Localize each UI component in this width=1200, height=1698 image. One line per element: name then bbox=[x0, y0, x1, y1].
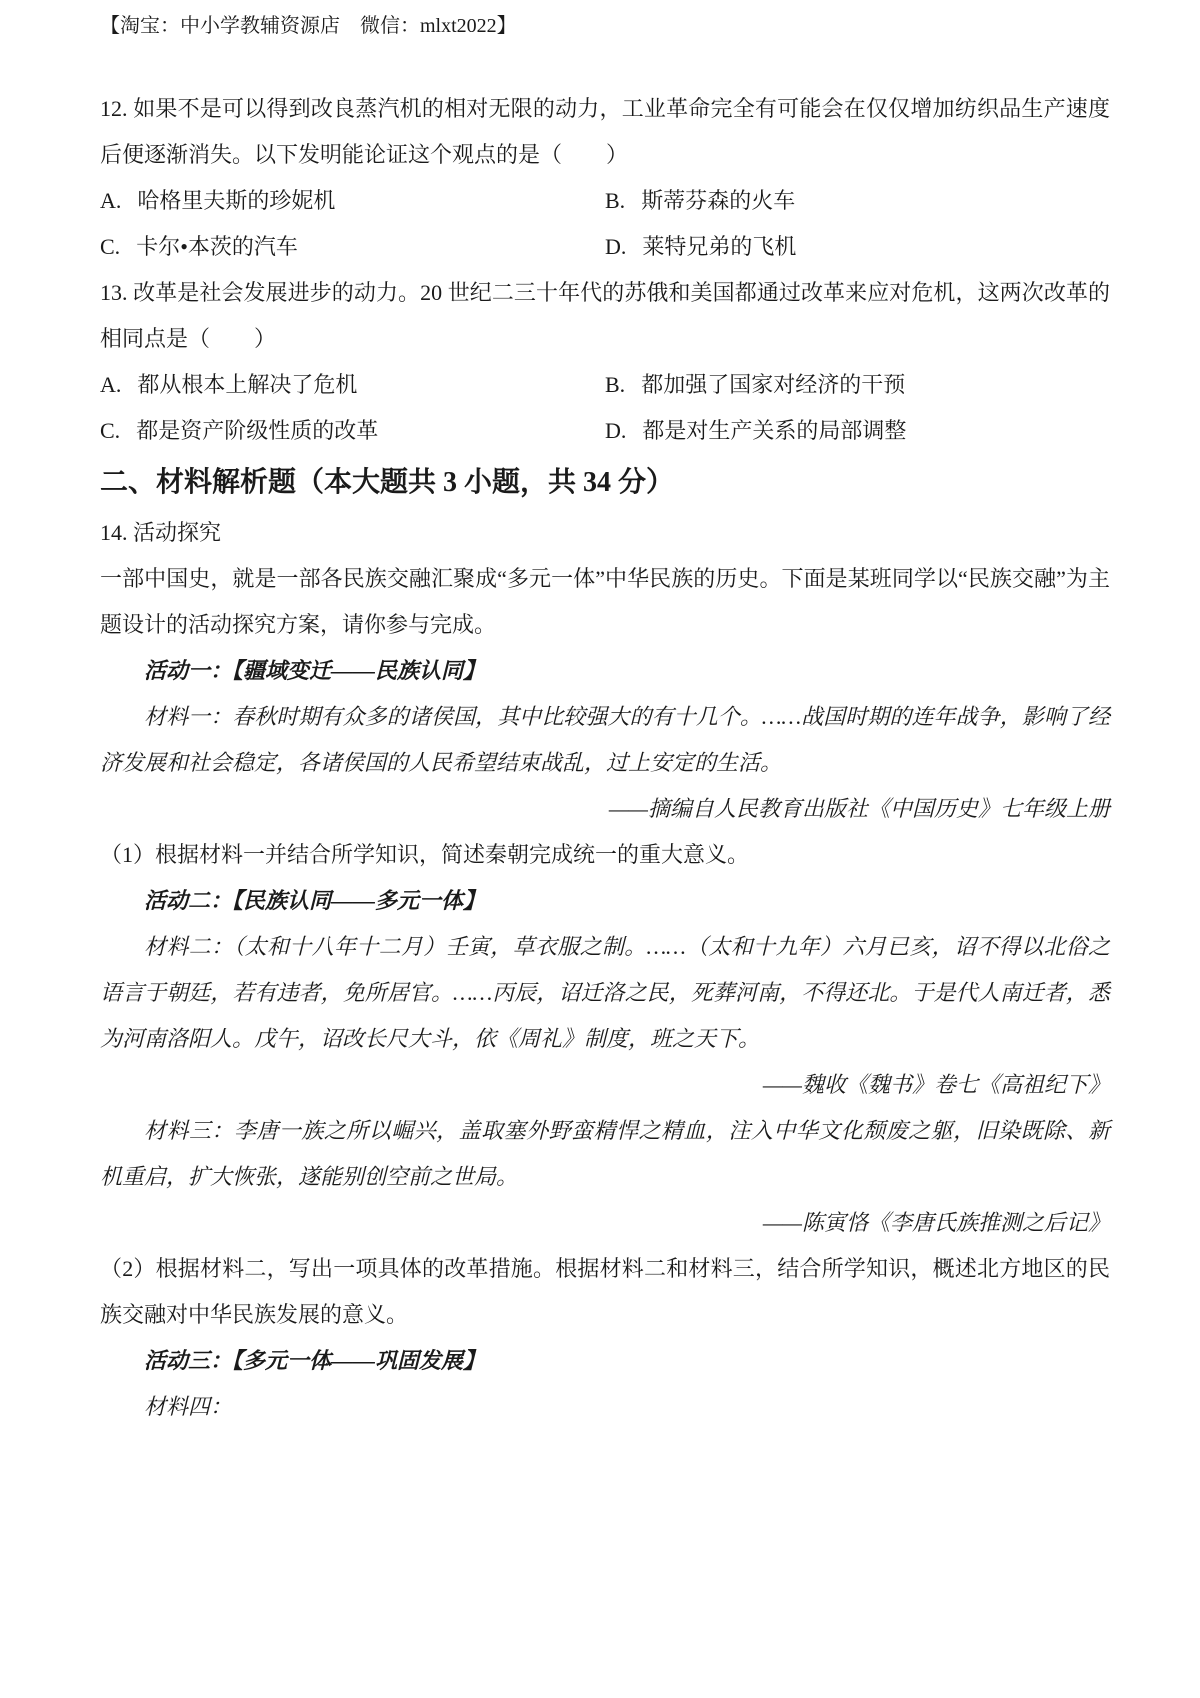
option-text: 都是对生产关系的局部调整 bbox=[642, 418, 906, 443]
option-text: 莱特兄弟的飞机 bbox=[642, 234, 796, 259]
question-12-option-b: B.斯蒂芬森的火车 bbox=[605, 178, 1110, 224]
activity-1-block: 活动一：【疆域变迁——民族认同】 材料一：春秋时期有众多的诸侯国，其中比较强大的… bbox=[100, 648, 1110, 878]
option-label: C. bbox=[100, 234, 120, 259]
option-label: D. bbox=[605, 234, 626, 259]
material-2-source: ——魏收《魏书》卷七《高祖纪下》 bbox=[100, 1062, 1110, 1108]
sub-question-1: （1）根据材料一并结合所学知识，简述秦朝完成统一的重大意义。 bbox=[100, 832, 1110, 878]
option-label: B. bbox=[605, 372, 625, 397]
exam-page: 【淘宝：中小学教辅资源店 微信：mlxt2022】 12. 如果不是可以得到改良… bbox=[0, 0, 1200, 1698]
question-13: 13. 改革是社会发展进步的动力。20 世纪二三十年代的苏俄和美国都通过改革来应… bbox=[100, 270, 1110, 454]
question-13-option-c: C.都是资产阶级性质的改革 bbox=[100, 408, 605, 454]
sub-question-2: （2）根据材料二，写出一项具体的改革措施。根据材料二和材料三，结合所学知识，概述… bbox=[100, 1246, 1110, 1338]
question-13-option-b: B.都加强了国家对经济的干预 bbox=[605, 362, 1110, 408]
option-text: 都从根本上解决了危机 bbox=[137, 372, 357, 397]
question-13-option-a: A.都从根本上解决了危机 bbox=[100, 362, 605, 408]
option-label: D. bbox=[605, 418, 626, 443]
option-text: 哈格里夫斯的珍妮机 bbox=[137, 188, 335, 213]
question-13-option-d: D.都是对生产关系的局部调整 bbox=[605, 408, 1110, 454]
option-label: B. bbox=[605, 188, 625, 213]
question-14: 14. 活动探究 一部中国史，就是一部各民族交融汇聚成“多元一体”中华民族的历史… bbox=[100, 510, 1110, 1430]
question-12-option-d: D.莱特兄弟的飞机 bbox=[605, 224, 1110, 270]
material-3-text: 材料三：李唐一族之所以崛兴，盖取塞外野蛮精悍之精血，注入中华文化颓废之躯，旧染既… bbox=[100, 1108, 1110, 1200]
watermark-header: 【淘宝：中小学教辅资源店 微信：mlxt2022】 bbox=[100, 12, 1110, 40]
option-text: 都是资产阶级性质的改革 bbox=[136, 418, 378, 443]
option-text: 斯蒂芬森的火车 bbox=[641, 188, 795, 213]
activity-1-heading: 活动一：【疆域变迁——民族认同】 bbox=[100, 648, 1110, 694]
option-text: 卡尔•本茨的汽车 bbox=[136, 234, 298, 259]
material-2-text: 材料二：（太和十八年十二月）壬寅，草衣服之制。……（太和十九年）六月已亥，诏不得… bbox=[100, 924, 1110, 1062]
option-label: C. bbox=[100, 418, 120, 443]
activity-2-block: 活动二：【民族认同——多元一体】 材料二：（太和十八年十二月）壬寅，草衣服之制。… bbox=[100, 878, 1110, 1338]
question-12: 12. 如果不是可以得到改良蒸汽机的相对无限的动力，工业革命完全有可能会在仅仅增… bbox=[100, 86, 1110, 270]
material-1-source: ——摘编自人民教育出版社《中国历史》七年级上册 bbox=[100, 786, 1110, 832]
question-12-option-a: A.哈格里夫斯的珍妮机 bbox=[100, 178, 605, 224]
material-1-text: 材料一：春秋时期有众多的诸侯国，其中比较强大的有十几个。……战国时期的连年战争，… bbox=[100, 694, 1110, 786]
activity-2-heading: 活动二：【民族认同——多元一体】 bbox=[100, 878, 1110, 924]
question-13-options: A.都从根本上解决了危机 B.都加强了国家对经济的干预 C.都是资产阶级性质的改… bbox=[100, 362, 1110, 454]
question-12-stem: 12. 如果不是可以得到改良蒸汽机的相对无限的动力，工业革命完全有可能会在仅仅增… bbox=[100, 86, 1110, 178]
option-label: A. bbox=[100, 188, 121, 213]
question-13-stem: 13. 改革是社会发展进步的动力。20 世纪二三十年代的苏俄和美国都通过改革来应… bbox=[100, 270, 1110, 362]
material-4-label: 材料四： bbox=[100, 1384, 1110, 1430]
option-text: 都加强了国家对经济的干预 bbox=[641, 372, 905, 397]
activity-3-block: 活动三：【多元一体——巩固发展】 材料四： bbox=[100, 1338, 1110, 1430]
activity-3-heading: 活动三：【多元一体——巩固发展】 bbox=[100, 1338, 1110, 1384]
question-14-intro: 一部中国史，就是一部各民族交融汇聚成“多元一体”中华民族的历史。下面是某班同学以… bbox=[100, 556, 1110, 648]
question-14-title: 14. 活动探究 bbox=[100, 510, 1110, 556]
section-2-heading: 二、材料解析题（本大题共 3 小题，共 34 分） bbox=[100, 456, 1110, 510]
material-3-source: ——陈寅恪《李唐氏族推测之后记》 bbox=[100, 1200, 1110, 1246]
option-label: A. bbox=[100, 372, 121, 397]
question-12-option-c: C.卡尔•本茨的汽车 bbox=[100, 224, 605, 270]
question-12-options: A.哈格里夫斯的珍妮机 B.斯蒂芬森的火车 C.卡尔•本茨的汽车 D.莱特兄弟的… bbox=[100, 178, 1110, 270]
